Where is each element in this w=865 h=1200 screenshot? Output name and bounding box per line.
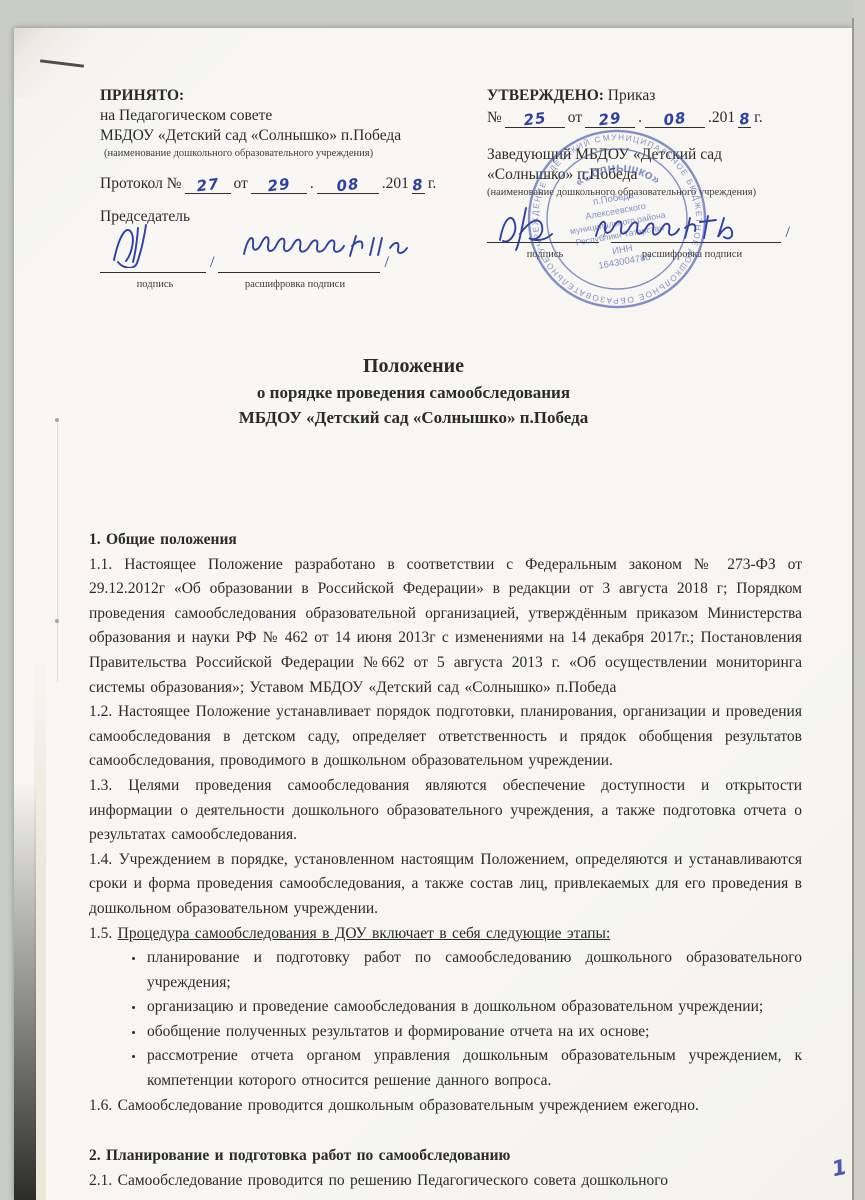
head-signature-labels: подпись расшифровка подписи	[487, 245, 817, 265]
protocol-number-handwritten: 27	[195, 174, 220, 197]
head-name-blank	[611, 227, 781, 243]
bullet-item: организацию и проведение самообследовани…	[145, 995, 802, 1020]
protocol-day-handwritten: 29	[266, 174, 291, 197]
slash: /	[602, 223, 608, 243]
head-line1: Заведующий МБДОУ «Детский сад	[487, 145, 817, 165]
protocol-line: Протокол № 27 от 29 . 08 .201 8 г.	[100, 174, 436, 194]
paragraph: 1.1. Настоящее Положение разработано в с…	[89, 553, 802, 701]
paragraph: 2.1. Самообследование проводится по реше…	[89, 1169, 802, 1194]
title-line1: Положение	[14, 352, 813, 380]
sign-label: подпись	[487, 245, 603, 265]
dot: .	[638, 108, 642, 128]
order-num-prefix: №	[487, 108, 502, 128]
bullet-item: планирование и подготовку работ по самоо…	[145, 946, 802, 995]
order-number-handwritten: 25	[522, 108, 547, 131]
order-ot: от	[568, 108, 582, 128]
paragraph: 1.5. Процедура самообследования в ДОУ вк…	[89, 922, 802, 947]
approved-caption: (наименование дошкольного образовательно…	[487, 186, 817, 199]
order-day-blank: 29	[585, 112, 635, 128]
bullet-item: обобщение полученных результатов и форми…	[145, 1020, 802, 1045]
order-number-blank: 25	[505, 112, 565, 128]
slash: /	[209, 253, 215, 273]
approved-title: УТВЕРЖДЕНО:	[487, 87, 604, 104]
protocol-year-blank: 8	[412, 178, 425, 194]
accepted-line1: на Педагогическом совете	[100, 106, 472, 126]
protocol-number-blank: 27	[185, 178, 231, 194]
paragraph: 1.4. Учреждением в порядке, установленно…	[89, 848, 802, 922]
scanned-document: { "accepted_block": { "title": "ПРИНЯТО:…	[0, 0, 865, 1200]
paper-sheet: ПРИНЯТО: на Педагогическом совете МБДОУ …	[14, 28, 853, 1200]
paragraph: 1.2. Настоящее Положение устанавливает п…	[89, 700, 802, 774]
slash: /	[784, 223, 790, 243]
section-heading: 2. Планирование и подготовка работ по са…	[89, 1144, 802, 1169]
accepted-title: ПРИНЯТО:	[100, 86, 472, 106]
title-line3: МБДОУ «Детский сад «Солнышко» п.Победа	[14, 405, 813, 430]
order-month-handwritten: 08	[662, 108, 687, 131]
approved-title-row: УТВЕРЖДЕНО: Приказ	[487, 86, 817, 106]
document-title: Положение о порядке проведения самообсле…	[14, 352, 813, 430]
bullet-item: рассмотрение отчета органом управления д…	[145, 1044, 802, 1093]
protocol-month-handwritten: 08	[335, 174, 360, 197]
paragraph: 1.6. Самообследование проводится дошколь…	[89, 1094, 802, 1119]
dot: .	[310, 174, 314, 194]
binder-hole	[55, 619, 59, 623]
year-prefix: .201	[708, 108, 735, 128]
paragraph: 1.3. Целями проведения самообследования …	[89, 774, 802, 848]
document-body: 1. Общие положения1.1. Настоящее Положен…	[89, 528, 802, 1193]
protocol-ot: от	[234, 174, 248, 194]
accepted-line2: МБДОУ «Детский сад «Солнышко» п.Победа	[100, 126, 472, 146]
approved-block: УТВЕРЖДЕНО: Приказ № 25 от 29 . 08 .201 …	[487, 86, 817, 265]
page-number-handwritten: 1	[830, 1155, 849, 1182]
head-line2: «Солнышко» п.Победа	[487, 165, 817, 185]
order-day-handwritten: 29	[598, 108, 623, 131]
protocol-month-blank: 08	[317, 178, 379, 194]
chairman-signature-row: / /	[100, 253, 472, 273]
protocol-prefix: Протокол №	[100, 174, 182, 194]
sign-label: подпись	[100, 275, 210, 295]
accepted-block: ПРИНЯТО: на Педагогическом совете МБДОУ …	[100, 86, 472, 295]
chairman-name-blank	[218, 257, 380, 273]
protocol-day-blank: 29	[251, 178, 307, 194]
order-year-blank: 8	[738, 112, 751, 128]
accepted-caption: (наименование дошкольного образовательно…	[100, 147, 472, 160]
head-signature-blank	[487, 227, 599, 243]
scanner-background-right	[853, 0, 865, 1200]
year-suffix: г.	[754, 108, 762, 128]
year-suffix: г.	[428, 174, 436, 194]
scan-edge-dark	[14, 780, 36, 1200]
head-signature-row: / /	[487, 223, 817, 243]
approved-title2: Приказ	[608, 87, 656, 104]
chairman-label: Председатель	[100, 207, 472, 227]
decode-label: расшифровка подписи	[210, 275, 380, 295]
title-line2: о порядке проведения самообследования	[14, 380, 813, 405]
slash: /	[383, 253, 389, 273]
order-month-blank: 08	[645, 112, 705, 128]
protocol-year-handwritten: 8	[411, 174, 425, 195]
paper-edge-line	[852, 18, 854, 1200]
chairman-signature-labels: подпись расшифровка подписи	[100, 275, 472, 295]
year-prefix: .201	[382, 174, 409, 194]
bullet-list: планирование и подготовку работ по самоо…	[89, 946, 802, 1094]
decode-label: расшифровка подписи	[603, 245, 781, 265]
order-year-handwritten: 8	[738, 108, 752, 129]
section-heading: 1. Общие положения	[89, 528, 802, 553]
chairman-signature-blank	[100, 257, 206, 273]
order-line: № 25 от 29 . 08 .201 8 г.	[487, 108, 763, 128]
crease-line	[57, 420, 58, 682]
